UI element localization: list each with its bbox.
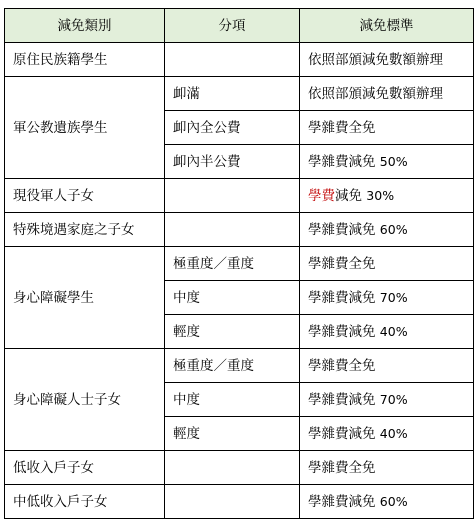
standard-highlight-text: 學費 <box>308 188 335 204</box>
category-cell: 中低收入戶子女 <box>5 485 165 519</box>
subitem-cell: 輕度 <box>165 315 300 349</box>
table-row: 中低收入戶子女 學雜費減免 60% <box>5 485 474 519</box>
subitem-cell: 卹滿 <box>165 77 300 111</box>
table-row: 原住民族籍學生 依照部頒減免數額辦理 <box>5 43 474 77</box>
standard-cell: 學雜費全免 <box>300 111 474 145</box>
subitem-cell: 中度 <box>165 281 300 315</box>
table-row: 低收入戶子女 學雜費全免 <box>5 451 474 485</box>
table-row: 特殊境遇家庭之子女 學雜費減免 60% <box>5 213 474 247</box>
category-cell: 低收入戶子女 <box>5 451 165 485</box>
category-cell: 現役軍人子女 <box>5 179 165 213</box>
subitem-cell <box>165 43 300 77</box>
standard-text: 學雜費減免 <box>308 494 376 510</box>
standard-text: 學雜費減免 <box>308 426 376 442</box>
standard-text: 學雜費減免 <box>308 290 376 306</box>
tuition-relief-table: 減免類別 分項 減免標準 原住民族籍學生 依照部頒減免數額辦理 軍公教遺族學生 … <box>4 8 474 519</box>
subitem-cell <box>165 179 300 213</box>
subitem-cell <box>165 451 300 485</box>
standard-percent: 70% <box>380 392 408 407</box>
standard-percent: 60% <box>380 222 408 237</box>
standard-cell: 學雜費減免 50% <box>300 145 474 179</box>
category-cell: 軍公教遺族學生 <box>5 77 165 179</box>
standard-text: 學雜費減免 <box>308 324 376 340</box>
standard-percent: 40% <box>380 324 408 339</box>
standard-text: 學雜費減免 <box>308 222 376 238</box>
standard-percent: 60% <box>380 494 408 509</box>
category-cell: 原住民族籍學生 <box>5 43 165 77</box>
standard-cell: 學雜費全免 <box>300 247 474 281</box>
standard-cell: 學雜費減免 40% <box>300 417 474 451</box>
subitem-cell: 極重度／重度 <box>165 247 300 281</box>
table-header-row: 減免類別 分項 減免標準 <box>5 9 474 43</box>
header-standard: 減免標準 <box>300 9 474 43</box>
standard-cell: 學費減免 30% <box>300 179 474 213</box>
table-row: 軍公教遺族學生 卹滿 依照部頒減免數額辦理 <box>5 77 474 111</box>
category-cell: 特殊境遇家庭之子女 <box>5 213 165 247</box>
standard-cell: 學雜費減免 70% <box>300 281 474 315</box>
subitem-cell: 極重度／重度 <box>165 349 300 383</box>
header-subitem: 分項 <box>165 9 300 43</box>
standard-percent: 70% <box>380 290 408 305</box>
table-row: 現役軍人子女 學費減免 30% <box>5 179 474 213</box>
standard-cell: 學雜費減免 60% <box>300 485 474 519</box>
standard-percent: 40% <box>380 426 408 441</box>
standard-percent: 30% <box>366 188 394 203</box>
table-row: 身心障礙學生 極重度／重度 學雜費全免 <box>5 247 474 281</box>
standard-cell: 學雜費全免 <box>300 349 474 383</box>
subitem-cell: 卹內全公費 <box>165 111 300 145</box>
standard-cell: 學雜費減免 60% <box>300 213 474 247</box>
standard-text: 減免 <box>335 188 362 204</box>
subitem-cell <box>165 485 300 519</box>
category-cell: 身心障礙學生 <box>5 247 165 349</box>
standard-percent: 50% <box>380 154 408 169</box>
table-row: 身心障礙人士子女 極重度／重度 學雜費全免 <box>5 349 474 383</box>
subitem-cell: 輕度 <box>165 417 300 451</box>
standard-cell: 依照部頒減免數額辦理 <box>300 43 474 77</box>
standard-cell: 依照部頒減免數額辦理 <box>300 77 474 111</box>
standard-cell: 學雜費減免 70% <box>300 383 474 417</box>
subitem-cell: 卹內半公費 <box>165 145 300 179</box>
header-category: 減免類別 <box>5 9 165 43</box>
standard-cell: 學雜費減免 40% <box>300 315 474 349</box>
standard-cell: 學雜費全免 <box>300 451 474 485</box>
standard-text: 學雜費減免 <box>308 154 376 170</box>
category-cell: 身心障礙人士子女 <box>5 349 165 451</box>
standard-text: 學雜費減免 <box>308 392 376 408</box>
subitem-cell <box>165 213 300 247</box>
subitem-cell: 中度 <box>165 383 300 417</box>
